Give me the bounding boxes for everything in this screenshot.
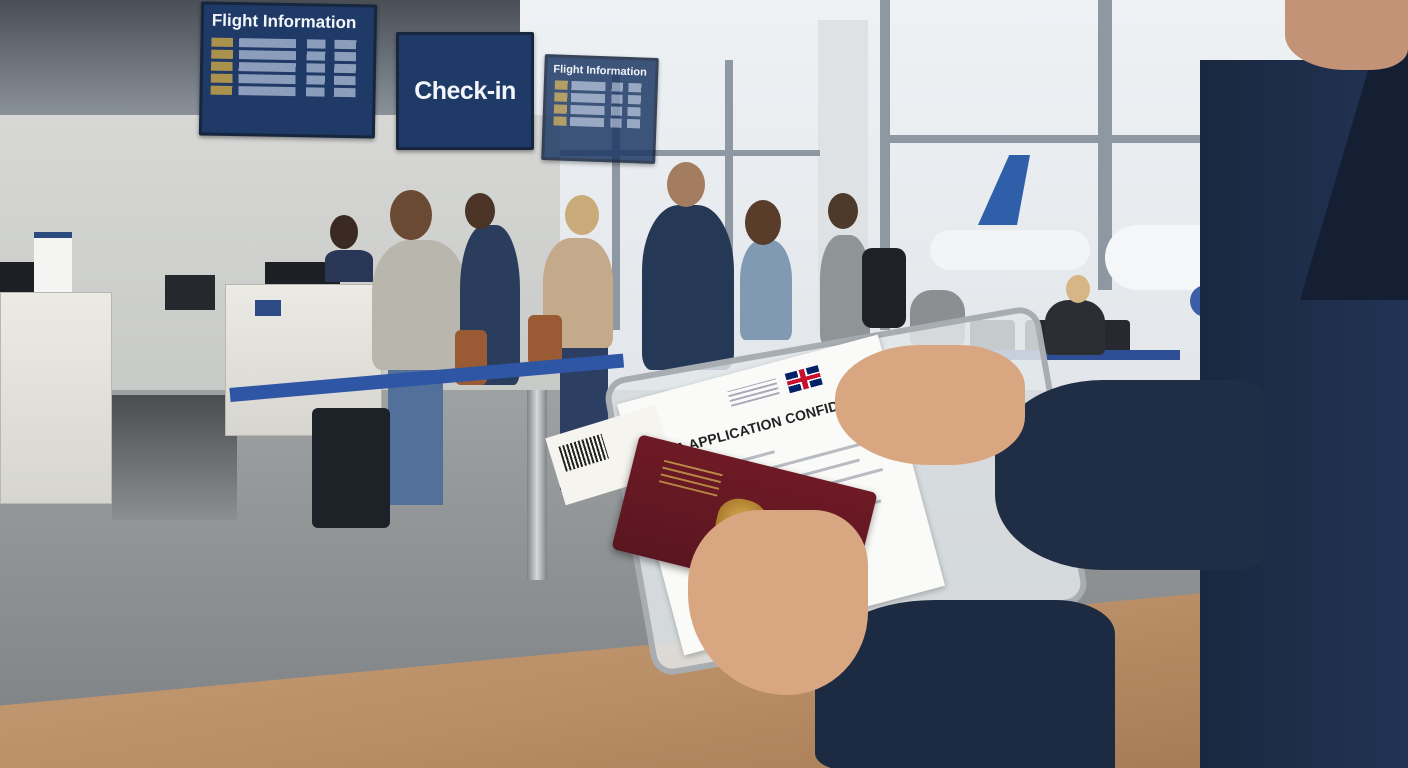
check-in-counter <box>0 292 112 504</box>
traveler-head <box>565 195 599 235</box>
seated-passenger-head <box>1066 275 1090 303</box>
counter-monitor <box>165 275 215 310</box>
board-title: Flight Information <box>204 5 374 38</box>
right-hand <box>835 345 1025 465</box>
board-row <box>211 62 365 74</box>
check-in-agent <box>325 250 373 282</box>
traveler <box>372 240 467 370</box>
traveler-head <box>390 190 432 240</box>
flight-information-board: Flight Information <box>541 54 659 164</box>
board-row <box>555 80 647 92</box>
traveler-head <box>465 193 495 229</box>
counter-monitor <box>0 262 34 292</box>
board-row <box>553 116 645 128</box>
backpack <box>862 248 906 328</box>
traveler <box>740 240 792 340</box>
board-row <box>211 38 365 50</box>
airplane-fuselage <box>930 230 1090 270</box>
traveler-head <box>745 200 781 245</box>
board-title: Flight Information <box>547 57 656 81</box>
counter-badge <box>255 300 281 316</box>
traveler-head <box>828 193 858 229</box>
barcode-icon <box>558 434 609 472</box>
check-in-label: Check-in <box>414 77 516 106</box>
check-in-sign: Check-in <box>396 32 534 150</box>
traveler <box>642 205 734 370</box>
board-row <box>554 104 646 116</box>
traveler-chin <box>1285 0 1408 70</box>
passport-text <box>659 455 724 497</box>
uk-flag-icon <box>785 365 823 393</box>
handbag <box>528 315 562 365</box>
traveler-head <box>667 162 705 207</box>
board-row <box>211 86 365 98</box>
board-row <box>211 74 365 86</box>
counter-notice <box>34 232 72 296</box>
jacket-sleeve <box>995 380 1265 570</box>
baggage-belt <box>112 395 237 520</box>
seated-passenger <box>1045 300 1105 355</box>
flight-information-board: Flight Information <box>199 1 377 138</box>
agent-head <box>330 215 358 249</box>
board-row <box>211 50 365 62</box>
document-header-text <box>727 378 779 406</box>
board-row <box>554 92 646 104</box>
suitcase <box>312 408 390 528</box>
queue-barrier-post <box>527 390 547 580</box>
